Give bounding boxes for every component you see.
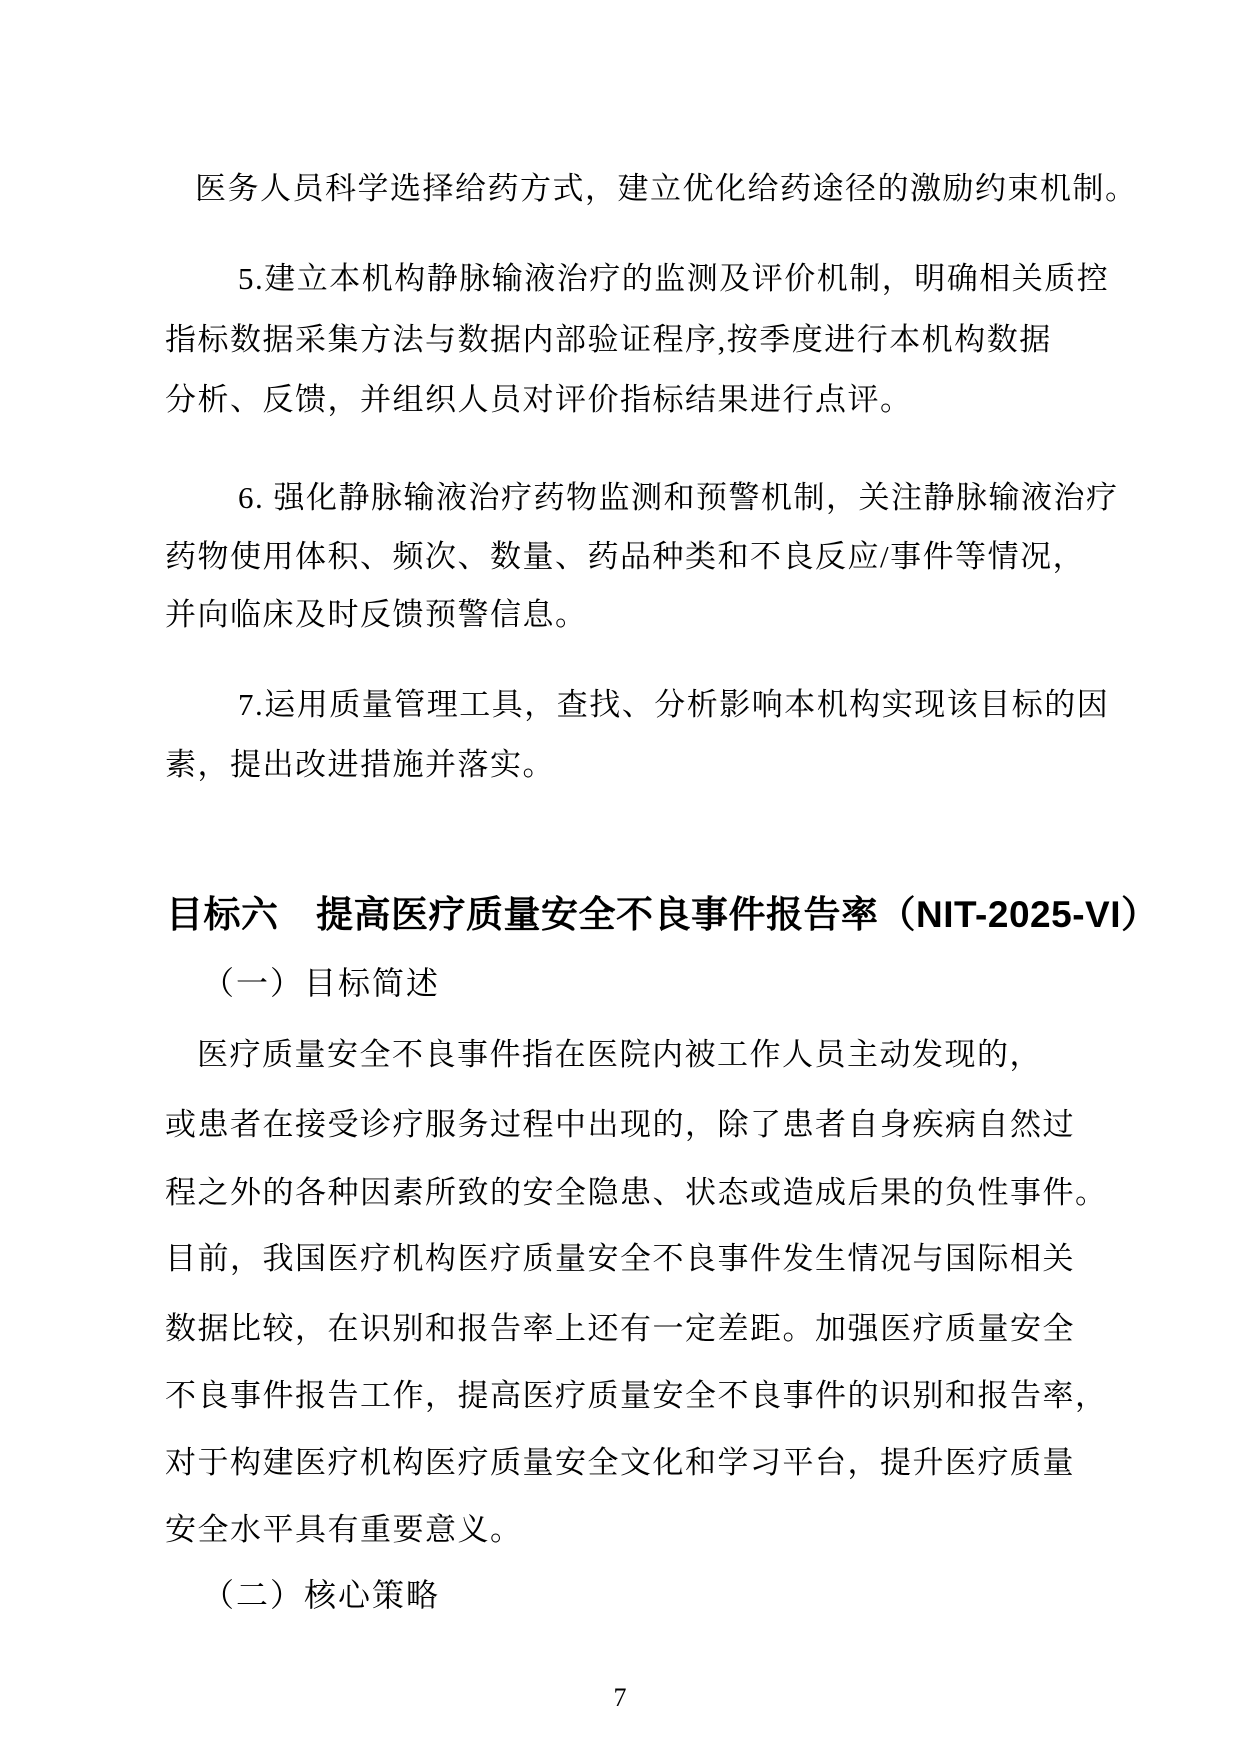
overview-line-7: 对于构建医疗机构医疗质量安全文化和学习平台，提升医疗质量 [165, 1444, 1075, 1482]
intro-continuation-line: 医务人员科学选择给药方式，建立优化给药途径的激励约束机制。 [195, 170, 1138, 208]
document-page: 医务人员科学选择给药方式，建立优化给药途径的激励约束机制。 5.建立本机构静脉输… [0, 0, 1240, 1754]
overview-line-4: 目前，我国医疗机构医疗质量安全不良事件发生情况与国际相关 [165, 1240, 1075, 1278]
item6-line-1: 6. 强化静脉输液治疗药物监测和预警机制，关注静脉输液治疗 [238, 479, 1119, 517]
item7-line-2: 素，提出改进措施并落实。 [165, 746, 555, 784]
overview-line-2: 或患者在接受诊疗服务过程中出现的，除了患者自身疾病自然过 [165, 1106, 1075, 1144]
item5-line-2: 指标数据采集方法与数据内部验证程序,按季度进行本机构数据 [165, 321, 1052, 359]
overview-line-5: 数据比较，在识别和报告率上还有一定差距。加强医疗质量安全 [165, 1310, 1075, 1348]
overview-line-3: 程之外的各种因素所致的安全隐患、状态或造成后果的负性事件。 [165, 1174, 1108, 1212]
subsection-2-title: （二）核心策略 [202, 1576, 440, 1614]
item7-line-1: 7.运用质量管理工具，查找、分析影响本机构实现该目标的因 [238, 686, 1109, 724]
subsection-1-title: （一）目标简述 [202, 964, 440, 1002]
overview-line-8: 安全水平具有重要意义。 [165, 1511, 523, 1549]
item6-line-3: 并向临床及时反馈预警信息。 [165, 596, 588, 634]
item5-line-1: 5.建立本机构静脉输液治疗的监测及评价机制，明确相关质控 [238, 260, 1109, 298]
overview-line-6: 不良事件报告工作，提高医疗质量安全不良事件的识别和报告率， [165, 1377, 1108, 1415]
page-number: 7 [0, 1683, 1240, 1713]
overview-line-1: 医疗质量安全不良事件指在医院内被工作人员主动发现的， [197, 1036, 1042, 1074]
item5-line-3: 分析、反馈，并组织人员对评价指标结果进行点评。 [165, 381, 913, 419]
section-heading-goal6: 目标六 提高医疗质量安全不良事件报告率（NIT-2025-VI） [166, 894, 1158, 936]
item6-line-2: 药物使用体积、频次、数量、药品种类和不良反应/事件等情况， [165, 538, 1085, 576]
